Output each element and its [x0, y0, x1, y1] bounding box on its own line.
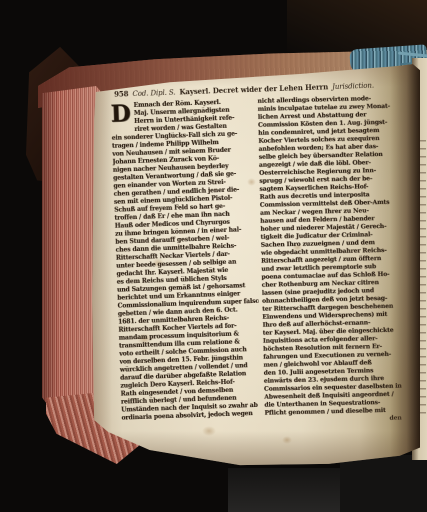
- book-photo-scene: 958 Cod. Dipl. S. Kayserl. Decret wider …: [0, 0, 427, 512]
- right-column: nicht allerdings observirten mode-minis …: [257, 95, 405, 426]
- page-number: 958: [114, 89, 129, 98]
- foxing-spot: [282, 436, 292, 444]
- backdrop-bottom-gray: [228, 468, 340, 512]
- left-column-lines: D Emnach der Röm. Kayserl.Maj. Unserm al…: [110, 98, 262, 423]
- codex-label: Cod. Dipl. S.: [132, 89, 175, 98]
- header-jurisdiction-label: Jurisdiction.: [332, 82, 374, 91]
- left-column: D Emnach der Röm. Kayserl.Maj. Unserm al…: [110, 98, 262, 431]
- facing-page-text-hint: [419, 140, 426, 420]
- backdrop-bottom-right: [340, 455, 427, 512]
- open-book-page: 958 Cod. Dipl. S. Kayserl. Decret wider …: [82, 58, 420, 468]
- header-title: Kayserl. Decret wider der Lehen Herrn: [179, 82, 328, 96]
- gutter-shadow: [390, 58, 420, 468]
- two-column-text: D Emnach der Röm. Kayserl.Maj. Unserm al…: [110, 93, 409, 431]
- right-column-lines: nicht allerdings observirten mode-minis …: [257, 95, 405, 418]
- drop-cap-initial: D: [110, 102, 132, 128]
- printed-text-block: 958 Cod. Dipl. S. Kayserl. Decret wider …: [106, 80, 410, 442]
